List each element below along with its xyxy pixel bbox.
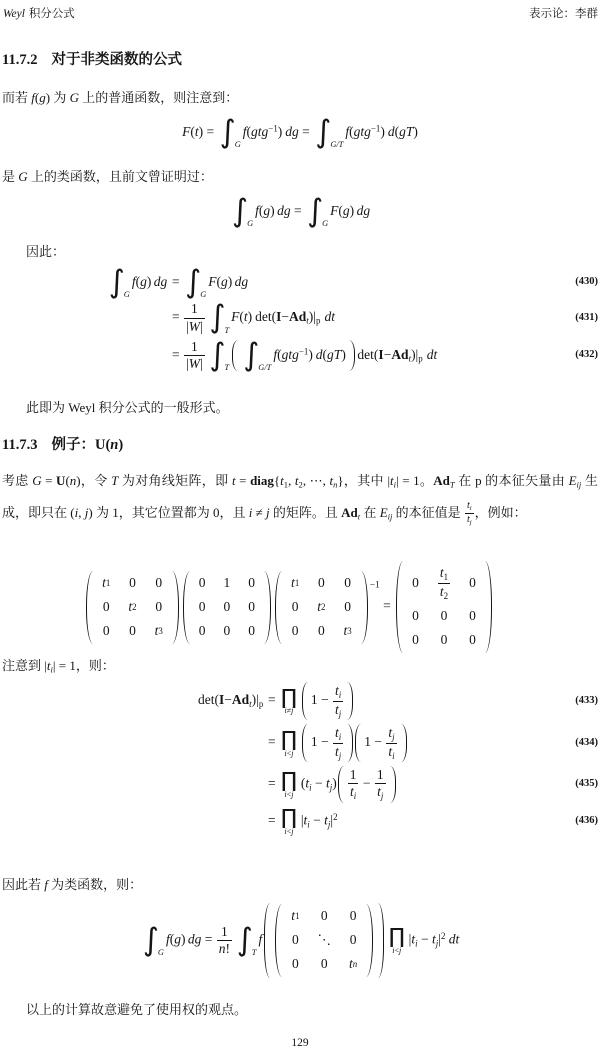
math-mi: G/T: [330, 140, 343, 149]
math-mr: , ⋯,: [303, 473, 330, 488]
math-mfrac: 1ti: [348, 767, 359, 802]
section-number: 11.7.3: [2, 437, 37, 453]
math-mi: gtg: [282, 347, 299, 362]
math-mmat: t1000t2000t3: [86, 571, 179, 644]
math-mr: 0: [199, 599, 206, 615]
math-pglyph: ∏: [281, 770, 297, 791]
math-fn: 1: [184, 339, 205, 355]
math-mr: 0: [224, 623, 231, 639]
math-bp: [275, 571, 282, 644]
math-mfrac: 1|W|: [184, 339, 205, 372]
math-mr: 0: [350, 932, 357, 948]
section-heading-11-7-3: 11.7.3例子：U(n): [2, 433, 598, 454]
math-mr: =: [236, 473, 250, 488]
math-mi: j: [392, 732, 394, 742]
math-mint: ∫T: [237, 926, 258, 955]
paragraph-intro: 而若 f(g) 为 G 上的普通函数，则注意到：: [2, 87, 598, 108]
math-punder: i≠j: [284, 707, 293, 715]
math-mr: 0: [469, 575, 476, 591]
math-cn: 的本征值是: [392, 505, 464, 520]
math-cn: 为: [50, 90, 70, 105]
math-mcell: 0: [318, 623, 325, 640]
math-bp: [232, 340, 238, 371]
math-fn: 1: [217, 924, 232, 940]
math-mcell: 0: [412, 608, 419, 625]
math-mr: 0: [292, 956, 299, 972]
math-m: |ti| = 1: [387, 473, 419, 488]
math-iglyph: ∫: [315, 118, 331, 147]
math-mr: 0: [103, 599, 110, 615]
math-mcell: 0: [292, 932, 299, 949]
math-isub: G: [247, 219, 253, 229]
math-mr: =: [268, 812, 279, 827]
section-title-math: U(n): [95, 437, 123, 453]
equation-number: (433): [564, 695, 598, 708]
math-mr: 0: [318, 623, 325, 639]
paragraph-class-function: 是 G 上的类函数，且前文曾证明过：: [2, 166, 598, 187]
math-cn: ，且: [219, 505, 248, 520]
math-mi: dt: [324, 309, 335, 324]
math-isub: G: [124, 290, 130, 300]
math-mr: 1: [221, 924, 228, 939]
math-mr: p: [259, 699, 263, 709]
header-left-cjk: 积分公式: [26, 8, 75, 20]
math-mint: ∫T: [209, 341, 230, 370]
math-bp: [361, 571, 368, 644]
math-cn: 在: [455, 473, 475, 488]
math-pcnt: 1ti − 1tj: [345, 766, 389, 803]
math-mr: 0: [224, 599, 231, 615]
equation-row: ∫Gf(g)dg= ∫GF(g)dg(430): [2, 268, 598, 297]
equation-rhs: = ∏i≠j1 − titj: [268, 682, 564, 720]
math-mi: G: [18, 169, 27, 184]
math-mmat: t1000⋱000tn: [275, 904, 373, 977]
math-mmat: t1000t2000t3: [275, 571, 368, 644]
math-pcnt: t1000⋱000tn: [271, 903, 377, 978]
math-mr: 2: [333, 812, 337, 822]
math-cn: 上的普通函数，则注意到：: [79, 90, 238, 105]
math-mcell: 0: [103, 599, 110, 616]
math-bp: [302, 724, 308, 762]
math-mr: 3: [158, 626, 162, 636]
math-mgrid: t1000t2000t3: [283, 571, 360, 644]
math-mcell: t2: [317, 599, 325, 616]
math-bp: [390, 766, 396, 803]
math-bp: [347, 682, 353, 720]
math-mi: gT: [399, 124, 413, 139]
math-mprod: ∏i<j: [281, 807, 297, 836]
math-msub: j: [392, 732, 394, 742]
math-mr: 2: [441, 931, 445, 941]
math-msub: p: [259, 699, 263, 709]
math-cn: 。: [420, 473, 434, 488]
math-mcell: 0: [350, 908, 357, 925]
math-mi: dg: [285, 124, 299, 139]
math-msub: i: [339, 690, 341, 700]
equation-group-433-436: det(I−Adt)|p= ∏i≠j1 − titj(433)= ∏i<j1 −…: [2, 682, 598, 840]
math-mgrid: t1000⋱000tn: [283, 904, 365, 977]
math-msub: 3: [347, 626, 351, 637]
math-mi: gT: [327, 347, 341, 362]
math-mr: det(: [357, 347, 378, 362]
equation-rhs: = 1|W|∫TF(t)det(I−Adt)|pdt: [172, 301, 564, 334]
math-msub: 1: [295, 578, 299, 589]
math-mcell: 0: [292, 956, 299, 973]
math-mparen: 1ti − 1tj: [338, 766, 396, 803]
math-cn: 以上的计算故意避免了使用权的观点。: [26, 1002, 247, 1017]
math-cn: ，例如：: [475, 505, 527, 520]
math-pglyph: ∏: [281, 687, 297, 708]
math-mcell: 0: [224, 599, 231, 616]
math-msub: i: [339, 732, 341, 742]
math-cn: ，则：: [76, 658, 115, 673]
math-bp: [349, 340, 355, 371]
math-mr: ): [248, 309, 253, 324]
math-mr: 0: [155, 575, 162, 591]
math-iglyph: ∫: [109, 268, 125, 297]
page-header: Weyl 积分公式 表示论：李群: [3, 5, 598, 21]
equation-row: det(I−Adt)|p= ∏i≠j1 − titj(433): [2, 682, 598, 720]
math-mi: G: [124, 290, 130, 299]
equation-number: (435): [564, 778, 598, 791]
section-heading-11-7-2: 11.7.2对于非类函数的公式: [2, 48, 598, 69]
math-mcell: 0: [469, 575, 476, 592]
section-number: 11.7.2: [2, 52, 37, 68]
math-mfrac: 1|W|: [184, 301, 205, 334]
math-cn: ，其中: [344, 473, 388, 488]
math-cn: 的矩阵。且: [270, 505, 342, 520]
math-mr: 2: [444, 590, 448, 600]
math-mparen: 1 − titj: [302, 724, 353, 762]
equation-row: = ∏i<j1 − titj1 − tjti(434): [2, 724, 598, 762]
math-msub: j: [381, 791, 383, 801]
math-mb: Ad: [341, 505, 358, 520]
math-mi: g: [174, 932, 181, 947]
math-mr: 0: [155, 599, 162, 615]
math-mcell: t1t2: [437, 565, 451, 601]
math-mr: −1: [299, 346, 308, 356]
math-mi: i: [470, 505, 472, 512]
math-mr: −: [312, 776, 326, 791]
math-mgrid: 010000000: [191, 571, 263, 644]
math-mr: 0: [344, 599, 351, 615]
math-mi: j: [291, 790, 293, 799]
math-mr: 0: [412, 608, 419, 624]
math-mi: E: [569, 473, 577, 488]
math-mr: |: [200, 319, 203, 334]
math-mint: ∫G: [143, 926, 165, 955]
math-mr: −: [310, 812, 324, 827]
math-mr: =: [42, 473, 56, 488]
paragraph-un-setup: 考虑 G = U(n)，令 T 为对角线矩阵，即 t = diag{t1, t2…: [2, 467, 598, 530]
math-cn: 为: [93, 505, 113, 520]
math-mi: T: [224, 363, 229, 372]
math-mr: 1: [224, 575, 231, 591]
math-mr: )|: [309, 309, 316, 324]
math-bp: [378, 903, 384, 978]
math-mi: gtg: [354, 124, 371, 139]
math-mr: 0: [199, 623, 206, 639]
paragraph-general-form: 此即为 Weyl 积分公式的一般形式。: [2, 397, 598, 418]
math-mcell: t2: [128, 599, 136, 616]
math-mr: =: [268, 734, 279, 749]
math-iglyph: ∫: [209, 341, 225, 370]
math-mi: G: [200, 290, 206, 299]
math-mi: W: [189, 356, 200, 371]
math-punder: i<j: [284, 750, 293, 758]
math-isub: T: [224, 363, 229, 373]
math-msub: 1: [444, 572, 448, 582]
math-mcell: 0: [469, 632, 476, 649]
math-mr: ): [278, 124, 283, 139]
math-fn: 1: [375, 767, 386, 783]
math-mr: 1: [191, 301, 198, 316]
math-mint: ∫G: [307, 197, 329, 226]
math-pglyph: ∏: [281, 729, 297, 750]
math-mcell: 0: [344, 599, 351, 616]
math-mr: 2: [132, 602, 136, 612]
math-mr: | = 1: [53, 658, 76, 673]
math-isub: G/T: [330, 140, 343, 150]
math-mr: 1: [106, 578, 110, 588]
math-mint: ∫G: [232, 197, 254, 226]
math-mb: diag: [250, 473, 274, 488]
math-mr: 1 −: [311, 692, 332, 707]
math-mr: ): [147, 274, 152, 289]
math-bp: [264, 571, 271, 644]
math-mcell: 0: [224, 623, 231, 640]
math-mint: ∫G: [220, 118, 242, 147]
math-mfrac: 1n!: [217, 924, 232, 957]
math-mcell: 0: [321, 908, 328, 925]
math-bp: [264, 903, 270, 978]
math-lat: Weyl: [68, 400, 95, 415]
math-mgrid: 0t1t20000000: [404, 561, 484, 653]
math-mi: W: [189, 319, 200, 334]
math-mi: j: [291, 706, 293, 715]
page-number: 129: [0, 1037, 600, 1049]
paragraph-closing-remark: 以上的计算故意避免了使用权的观点。: [2, 999, 598, 1020]
math-bp: [355, 724, 361, 762]
math-mcell: ⋱: [318, 932, 332, 949]
math-mr: −1: [370, 580, 380, 590]
header-left-latin: Weyl: [3, 8, 25, 20]
math-mr: =: [201, 932, 215, 947]
math-mi: dg: [154, 274, 168, 289]
math-mb: Ad: [232, 692, 249, 707]
math-msub: 2: [444, 590, 448, 600]
math-mi: d: [388, 124, 395, 139]
math-mr: 0: [248, 599, 255, 615]
math-mr: 0: [248, 623, 255, 639]
equation-class-integral: ∫Gf(g)dg = ∫GF(g)dg: [0, 197, 600, 226]
math-msub: i: [470, 505, 472, 512]
math-msub: i: [354, 791, 356, 801]
math-mprod: ∏i<j: [281, 770, 297, 799]
equation-rhs: = ∏i<j|ti − tj|2: [268, 807, 564, 836]
math-cn: 因此：: [26, 244, 65, 259]
math-fd: ti: [348, 783, 359, 802]
math-pcnt: 1 − tjti: [362, 724, 399, 762]
math-mr: 0: [441, 632, 448, 648]
math-mr: ): [332, 776, 337, 791]
math-bp: [302, 682, 308, 720]
math-pglyph: ∏: [389, 926, 405, 947]
math-cn: 在: [360, 505, 380, 520]
math-mi: T: [224, 326, 229, 335]
math-mr: =: [268, 776, 279, 791]
math-isub: G: [200, 290, 206, 300]
math-cn: ，令: [81, 473, 112, 488]
math-bp: [338, 766, 344, 803]
math-mi: dt: [449, 932, 460, 947]
math-mb: Ad: [391, 347, 408, 362]
math-mcell: 0: [248, 575, 255, 592]
header-left: Weyl 积分公式: [3, 5, 75, 21]
math-mr: 1: [350, 767, 357, 782]
equation-rhs: = ∏i<j1 − titj1 − tjti: [268, 724, 564, 762]
math-isub: T: [224, 326, 229, 336]
math-msub: 1: [295, 911, 299, 922]
math-mr: 0: [318, 575, 325, 591]
math-m: G: [70, 90, 79, 105]
math-m: Eij: [569, 473, 582, 488]
math-msup: 2: [333, 812, 337, 822]
math-mprod: ∏i≠j: [281, 687, 297, 716]
math-mi: j: [381, 791, 383, 801]
math-mi: G: [247, 219, 253, 228]
section-title: 对于非类函数的公式: [51, 52, 182, 68]
equation-rhs: = ∫GF(g)dg: [172, 268, 564, 297]
math-fd: |W|: [184, 318, 205, 335]
math-mr: =: [172, 274, 183, 289]
equation-matrix-example: t1000t2000t3010000000t1000t2000t3−1 = 0t…: [0, 561, 600, 653]
math-mi: d: [316, 347, 323, 362]
equation-lhs: det(I−Adt)|p: [2, 692, 268, 710]
math-mi: E: [380, 505, 388, 520]
math-mhsup: −1: [370, 580, 380, 590]
math-iglyph: ∫: [307, 197, 323, 226]
math-mi: G: [32, 473, 41, 488]
math-mcell: t3: [343, 623, 351, 640]
math-mr: ): [118, 437, 123, 453]
math-mr: | = 1: [396, 473, 420, 488]
math-cn: 注意到: [2, 658, 44, 673]
math-fn: 1: [184, 301, 205, 317]
math-m: f(g): [31, 90, 50, 105]
math-mr: det(: [198, 692, 219, 707]
math-mfrac: titj: [465, 500, 474, 527]
math-msub: 2: [321, 602, 325, 613]
math-mr: 1: [295, 911, 299, 921]
math-mi: i: [392, 750, 394, 760]
math-mparen: ∫G/Tf(gtg−1)d(gT): [232, 340, 355, 371]
equation-number: (430): [564, 276, 598, 289]
math-mi: g: [343, 203, 350, 218]
math-mr: ≠: [252, 505, 266, 520]
math-pcnt: 1 − titj: [309, 724, 346, 762]
math-isub: G/T: [258, 363, 271, 373]
math-mi: G/T: [258, 363, 271, 372]
math-m: G = U(n): [32, 473, 80, 488]
math-iglyph: ∫: [220, 118, 236, 147]
math-msup: 2: [441, 931, 445, 941]
math-mr: p: [316, 316, 320, 326]
math-mr: |: [200, 356, 203, 371]
math-pcnt: 1 − titj: [309, 682, 346, 720]
math-mr: 0: [199, 575, 206, 591]
math-fd: |W|: [184, 355, 205, 372]
math-m: i ≠ j: [249, 505, 270, 520]
math-mi: g: [140, 274, 147, 289]
math-mfrac: titj: [333, 683, 343, 719]
math-mb: U: [95, 437, 105, 453]
math-mcell: 0: [412, 632, 419, 649]
math-mparen: 1 − titj: [302, 682, 353, 720]
math-mr: −: [359, 776, 373, 791]
math-msub: n: [353, 959, 357, 970]
math-punder: i<j: [284, 828, 293, 836]
math-mfrac: titj: [333, 725, 343, 761]
math-fd: tj: [333, 701, 343, 720]
math-mr: 0: [321, 956, 328, 972]
math-mr: −1: [268, 123, 277, 133]
math-mr: 3: [347, 626, 351, 636]
math-mr: 0: [350, 908, 357, 924]
header-right: 表示论：李群: [529, 5, 598, 21]
math-bp: [275, 904, 282, 977]
math-fd: n!: [217, 940, 232, 957]
math-cn: 上的类函数，且前文曾证明过：: [28, 169, 213, 184]
math-mi: gtg: [251, 124, 268, 139]
math-mi: i: [354, 791, 356, 801]
math-pglyph: ∏: [281, 807, 297, 828]
math-mr: 2: [321, 602, 325, 612]
math-fn: ti: [333, 683, 343, 701]
math-mr: !: [226, 941, 231, 956]
equation-row: = ∏i<j(ti − tj)1ti − 1tj(435): [2, 766, 598, 803]
math-msub: p: [316, 316, 320, 326]
section-title-cjk: 例子：: [51, 437, 95, 453]
math-mint: ∫G/T: [315, 118, 344, 147]
math-mr: 0: [129, 623, 136, 639]
math-cn: 而若: [2, 90, 31, 105]
math-mint: ∫T: [209, 303, 230, 332]
math-mcell: 0: [129, 623, 136, 640]
math-mr: ): [308, 347, 313, 362]
math-mr: 1 −: [364, 734, 385, 749]
math-m: t = diag{t1, t2, ⋯, tn}: [232, 473, 344, 488]
math-mi: G: [70, 90, 79, 105]
math-bp: [183, 571, 190, 644]
math-mi: n: [353, 959, 357, 969]
math-bp: [172, 571, 179, 644]
math-mi: j: [291, 827, 293, 836]
equation-weyl-un: ∫Gf(g)dg = 1n!∫Tft1000⋱000tn∏i<j|ti − tj…: [0, 903, 600, 978]
equation-lhs: ∫Gf(g)dg: [2, 268, 172, 297]
math-iglyph: ∫: [232, 197, 248, 226]
math-mr: ): [341, 347, 346, 362]
paragraph-therefore: 因此：: [2, 241, 598, 262]
math-mr: 0: [441, 608, 448, 624]
math-punder: i<j: [392, 947, 401, 955]
math-iglyph: ∫: [243, 341, 259, 370]
math-fn: tj: [386, 725, 396, 743]
math-mr: 1: [444, 572, 448, 582]
math-mfrac: t1t2: [438, 565, 450, 601]
math-mcell: 0: [199, 623, 206, 640]
math-m: titj: [464, 505, 475, 520]
